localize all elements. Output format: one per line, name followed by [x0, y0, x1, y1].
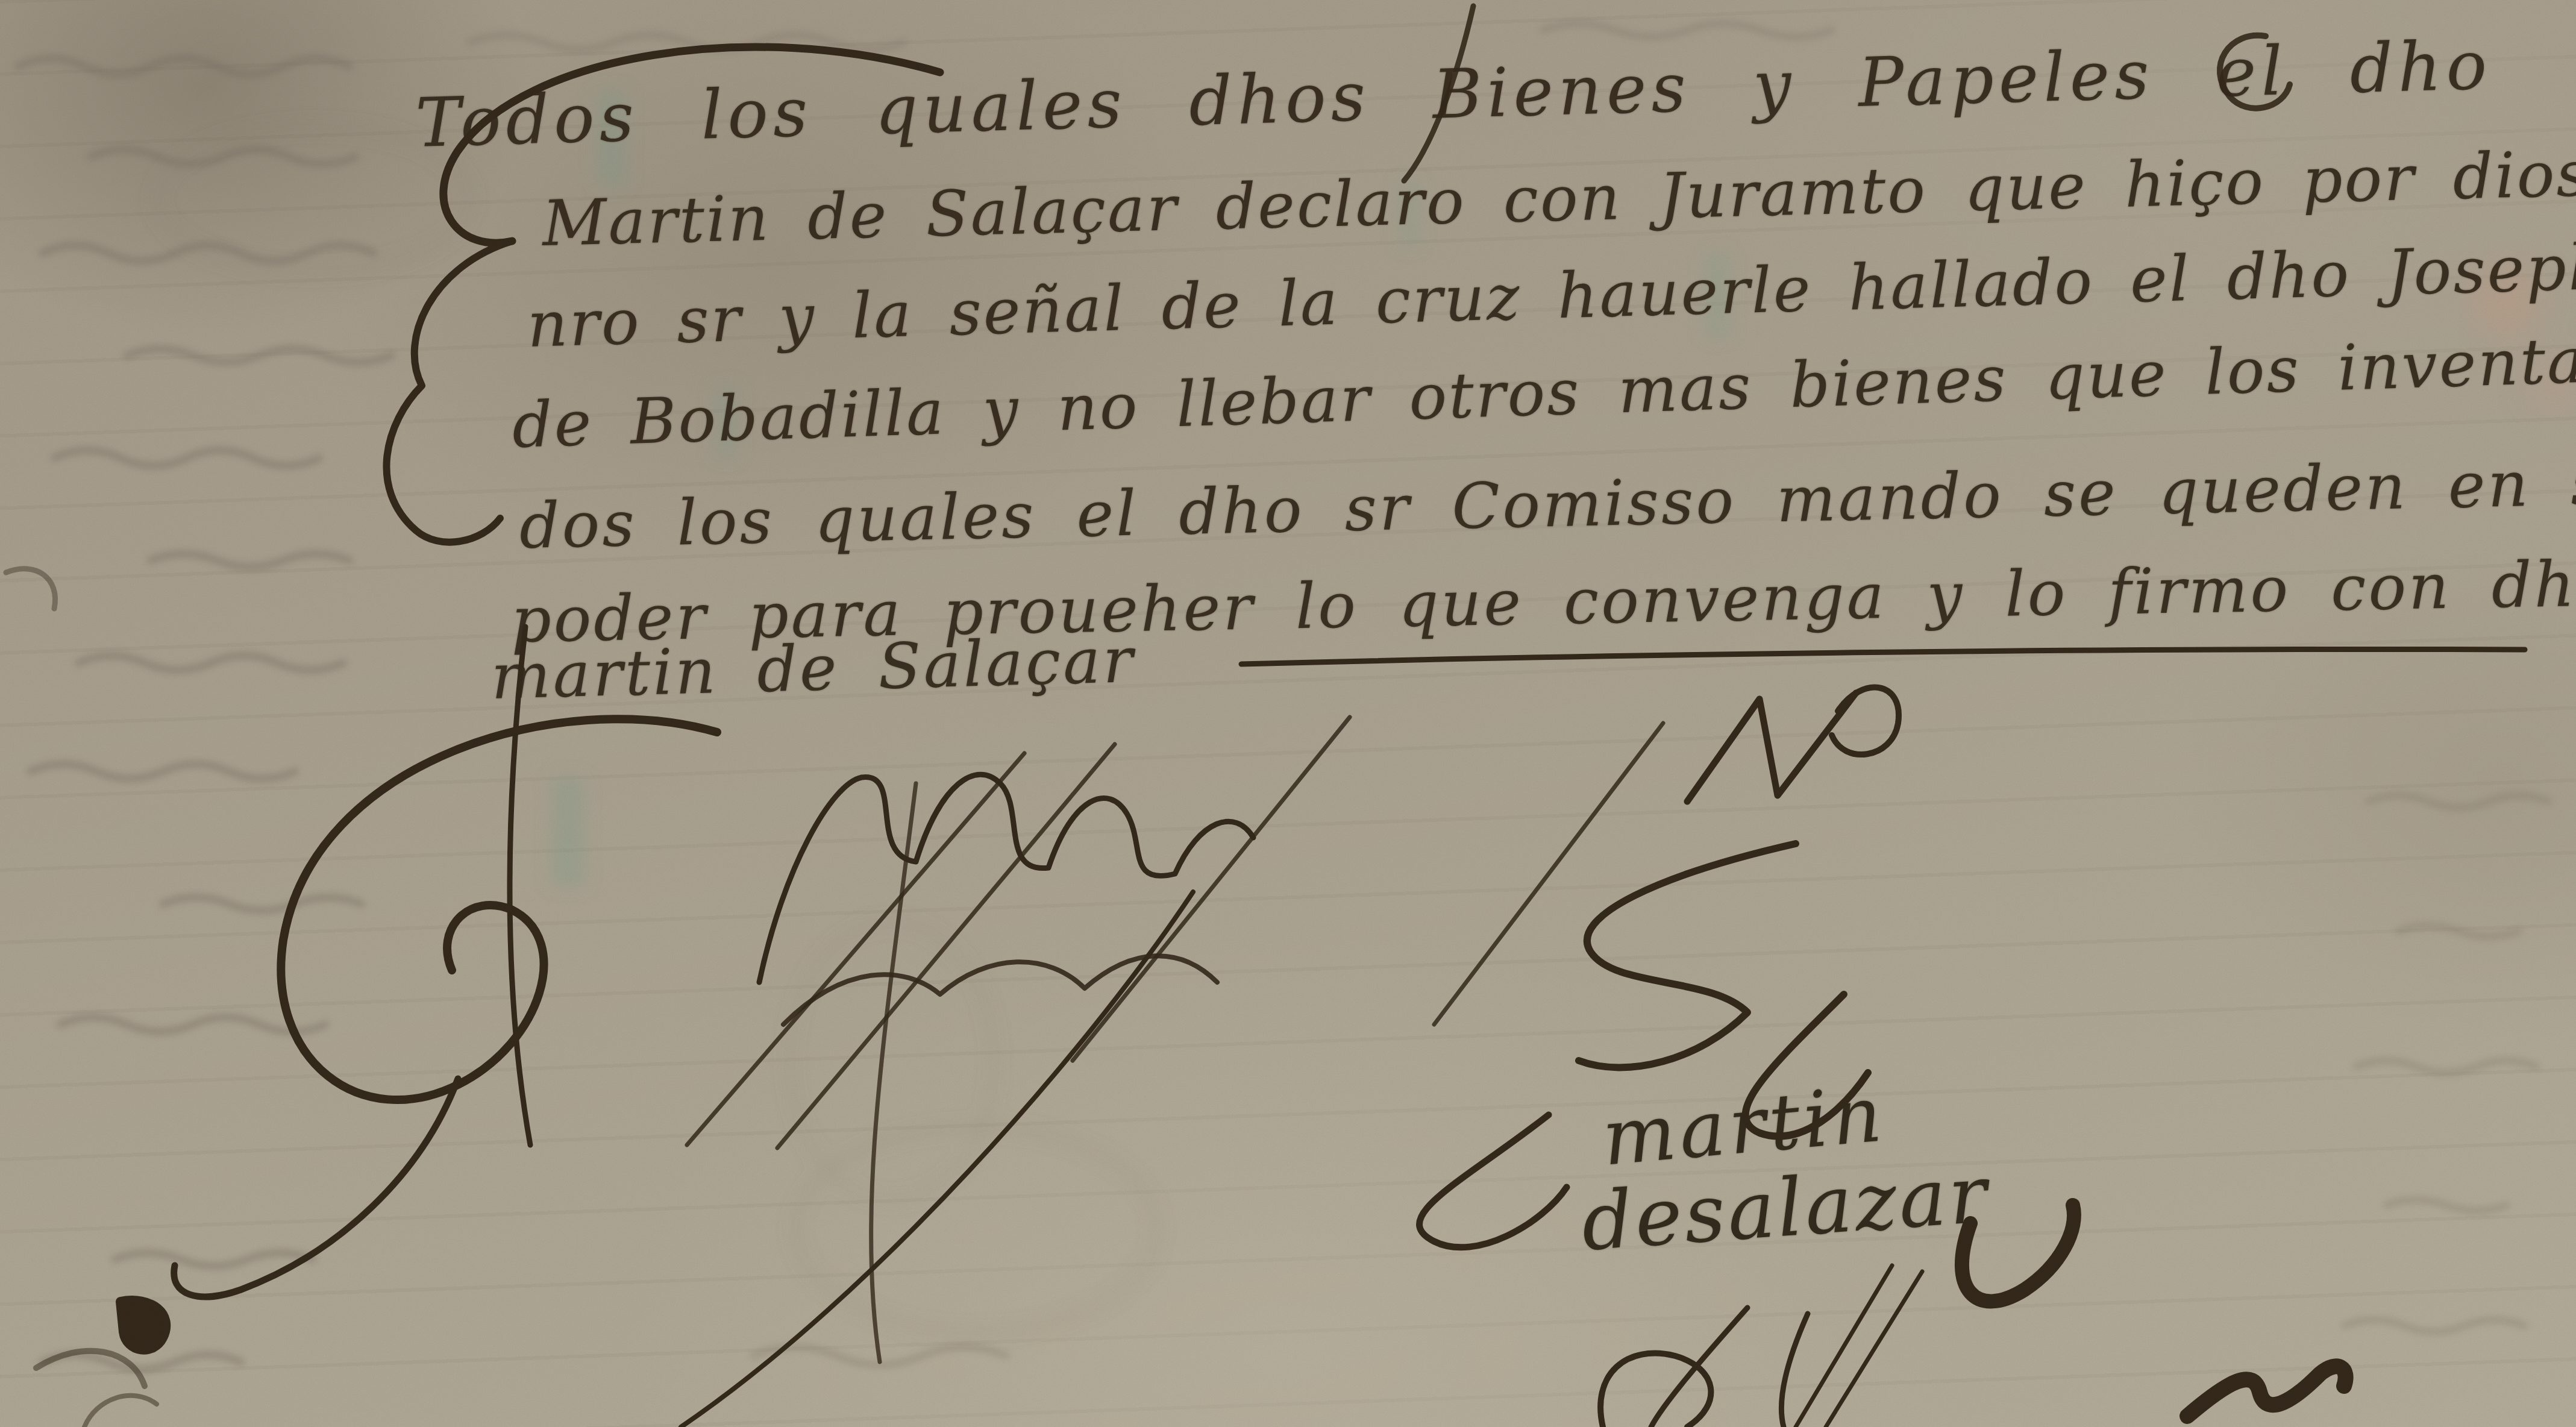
closing-rule — [1241, 649, 2525, 664]
bottom-right-rubric — [2187, 1366, 2346, 1416]
signature-comisario-flourish — [121, 688, 1899, 1427]
initial-flourish — [386, 47, 940, 542]
ink-flourishes — [0, 0, 2576, 1427]
signature-martin-rubric — [1600, 1205, 2074, 1427]
manuscript-page: Todos los quales dhos Bienes y Papeles e… — [0, 0, 2576, 1427]
